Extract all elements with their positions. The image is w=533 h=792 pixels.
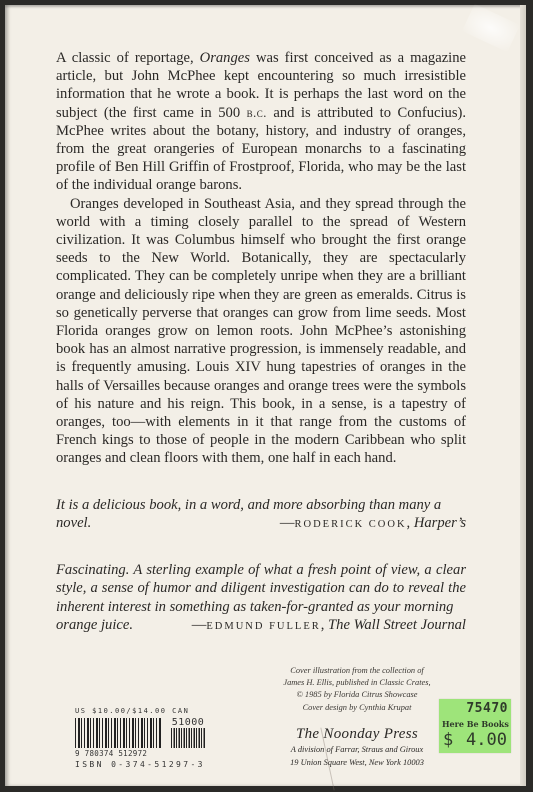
currency-symbol: $ bbox=[443, 730, 453, 750]
separator: , bbox=[321, 617, 328, 633]
list-price: US $10.00/$14.00 CAN bbox=[75, 707, 205, 715]
quote-text: Fascinating. A sterling example of what … bbox=[56, 562, 466, 615]
quote-text-last-line: orange juice. bbox=[56, 616, 133, 636]
publisher-info: The Noonday Press A division of Farrar, … bbox=[267, 725, 447, 769]
publication-name: Harper’s bbox=[414, 515, 466, 531]
review-quote-wsj: Fascinating. A sterling example of what … bbox=[56, 561, 466, 637]
blurb-paragraph-1: A classic of reportage, Oranges was firs… bbox=[56, 49, 466, 195]
barcode-block: US $10.00/$14.00 CAN 51000 9 780374 5129… bbox=[75, 707, 205, 769]
barcode-addon-number: 51000 bbox=[172, 717, 205, 728]
reviewer-name: EDMUND FULLER bbox=[206, 621, 320, 632]
sticker-price: $ 4.00 bbox=[443, 730, 507, 750]
credit-line: Cover design by Cynthia Krupat bbox=[267, 702, 447, 714]
credit-line: James H. Ellis, published in Classic Cra… bbox=[267, 677, 447, 689]
em-dash: — bbox=[192, 617, 207, 633]
publisher-division: A division of Farrar, Straus and Giroux bbox=[267, 743, 447, 756]
barcode-icon bbox=[75, 718, 161, 748]
quote-text: It is a delicious book, in a word, and m… bbox=[56, 497, 441, 513]
text-run: A classic of reportage, bbox=[56, 50, 200, 66]
blurb-paragraph-2: Oranges developed in Southeast Asia, and… bbox=[56, 195, 466, 468]
ean-number: 9 780374 512972 bbox=[75, 749, 205, 758]
reviewer-name: RODERICK COOK bbox=[294, 519, 406, 530]
store-name: Here Be Books bbox=[442, 719, 509, 729]
quote-attribution: —EDMUND FULLER, The Wall Street Journal bbox=[192, 616, 466, 636]
publisher-address: 19 Union Square West, New York 10003 bbox=[267, 756, 447, 769]
era-abbrev: b.c. bbox=[247, 106, 267, 120]
credit-line: Cover illustration from the collection o… bbox=[267, 665, 447, 677]
publisher-name: The Noonday Press bbox=[267, 725, 447, 743]
price-value: 4.00 bbox=[466, 730, 507, 750]
review-quote-harpers: It is a delicious book, in a word, and m… bbox=[56, 496, 466, 535]
book-back-cover: A classic of reportage, Oranges was firs… bbox=[5, 5, 526, 786]
credit-line: © 1985 by Florida Citrus Showcase bbox=[267, 689, 447, 701]
cover-credits: Cover illustration from the collection o… bbox=[267, 665, 447, 714]
price-sticker: 75470 Here Be Books $ 4.00 bbox=[439, 699, 511, 753]
barcode-addon-icon bbox=[171, 728, 205, 748]
book-title-italic: Oranges bbox=[200, 50, 250, 66]
text-run: Oranges developed in Southeast Asia, and… bbox=[56, 196, 466, 467]
em-dash: — bbox=[280, 515, 295, 531]
light-glare bbox=[462, 4, 520, 52]
quote-text-last-line: novel. bbox=[56, 514, 91, 534]
quote-attribution: —RODERICK COOK, Harper’s bbox=[280, 514, 466, 534]
sticker-code: 75470 bbox=[466, 701, 508, 716]
publication-name: The Wall Street Journal bbox=[328, 617, 466, 633]
separator: , bbox=[407, 515, 414, 531]
isbn-number: ISBN 0-374-51297-3 bbox=[75, 760, 205, 769]
description-blurb: A classic of reportage, Oranges was firs… bbox=[56, 49, 466, 468]
